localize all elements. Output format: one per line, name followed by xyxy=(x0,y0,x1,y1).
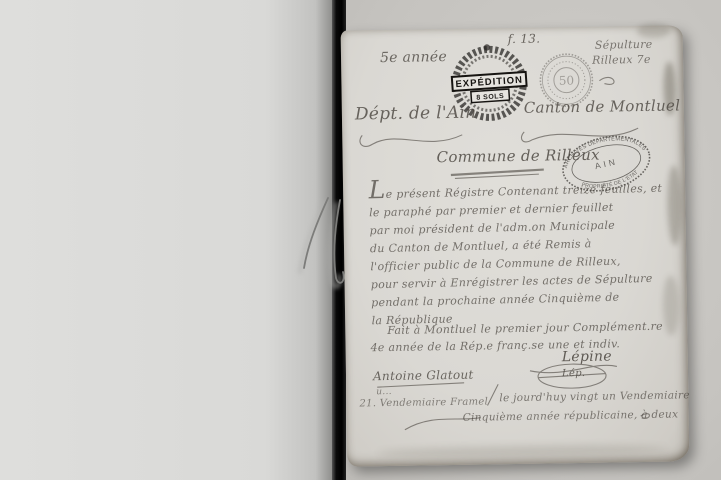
witness-signature: Antoine Glatout xyxy=(373,368,474,384)
canton-heading: Canton de Montluel xyxy=(524,96,681,116)
registration-line: Cinquième année républicaine, à deux xyxy=(463,408,679,423)
archival-scan: 5e année f. 13. Sépulture Rilleux 7e EXP… xyxy=(0,0,721,480)
signature-paraph: Lép. xyxy=(562,368,586,379)
page-corner-wear xyxy=(637,24,671,39)
page-edge-wear xyxy=(667,165,682,245)
fiscal-stamp-value: 50 xyxy=(559,74,574,88)
body-paragraph: Le présent Régistre Contenant treize feu… xyxy=(368,175,665,331)
document-page: 5e année f. 13. Sépulture Rilleux 7e EXP… xyxy=(341,25,690,466)
commune-underline xyxy=(451,170,544,175)
department-heading: Dépt. de l'Ain xyxy=(355,103,477,125)
registration-margin-note: 21. Vendemiaire Framel xyxy=(359,396,488,409)
subject-annotation-line2: Rilleux 7e xyxy=(592,53,651,67)
page-edge-wear xyxy=(662,275,679,335)
official-signature: Lépine xyxy=(562,348,612,365)
witness-mark: u... xyxy=(376,387,392,397)
year-annotation: 5e année xyxy=(380,49,447,66)
fastener-pin-icon xyxy=(290,192,352,294)
department-flourish xyxy=(360,134,463,147)
page-bottom-wear xyxy=(377,444,667,459)
subject-flourish xyxy=(599,77,614,84)
subject-annotation-line1: Sépulture xyxy=(595,38,653,52)
registration-slash xyxy=(487,384,498,405)
blank-facing-page xyxy=(0,0,332,480)
archives-stamp-center: AIN xyxy=(594,156,619,171)
registration-line: le jourd'huy vingt un Vendemiaire xyxy=(499,389,690,404)
